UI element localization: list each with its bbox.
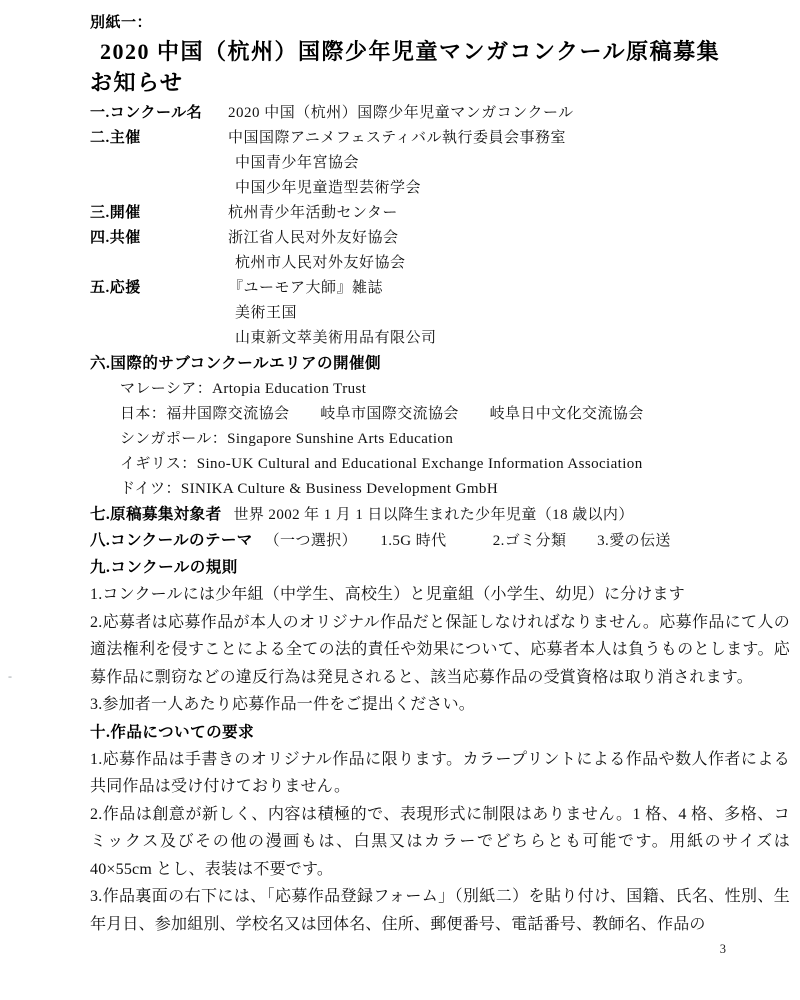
info-value: 山東新文萃美術用品有限公司	[228, 326, 790, 351]
info-value: 杭州市人民对外友好協会	[228, 251, 790, 276]
section6-item-singapore: シンガポール：Singapore Sunshine Arts Education	[90, 427, 790, 452]
info-value: 杭州青少年活動センター	[228, 201, 790, 226]
section8-label: 八.コンクールのテーマ	[90, 532, 253, 549]
section7-row: 七.原稿募集対象者世界 2002 年 1 月 1 日以降生まれた少年児童（18 …	[90, 502, 790, 528]
info-row-venue: 三.開催 杭州青少年活動センター	[90, 201, 790, 226]
info-label: 四.共催	[90, 226, 228, 276]
info-label: 二.主催	[90, 126, 228, 201]
info-row-supporter: 五.応援 『ユーモア大師』雑誌 美術王国 山東新文萃美術用品有限公司	[90, 276, 790, 351]
section10-req-3: 3.作品裏面の右下には、「応募作品登録フォーム」（別紙二）を貼り付け、国籍、氏名…	[90, 883, 790, 938]
document-content: 別紙一： 2020 中国（杭州）国際少年児童マンガコンクール原稿募集 お知らせ …	[0, 0, 800, 958]
section9-rule-1: 1.コンクールには少年組（中学生、高校生）と児童組（小学生、幼児）に分けます	[90, 581, 790, 609]
page-title: 2020 中国（杭州）国際少年児童マンガコンクール原稿募集 お知らせ	[90, 36, 790, 98]
section8-text: （一つ選択） 1.5G 時代 2.ゴミ分類 3.愛の伝送	[265, 533, 671, 549]
info-row-organizer: 二.主催 中国国際アニメフェスティバル執行委員会事務室 中国青少年宮協会 中国少…	[90, 126, 790, 201]
section6-heading: 六.国際的サブコンクールエリアの開催側	[90, 351, 790, 377]
margin-mark: -	[8, 670, 12, 682]
section7-text: 世界 2002 年 1 月 1 日以降生まれた少年児童（18 歳以内）	[233, 507, 633, 523]
document-page: - 別紙一： 2020 中国（杭州）国際少年児童マンガコンクール原稿募集 お知ら…	[0, 0, 800, 1000]
info-value: 中国青少年宮協会	[228, 151, 790, 176]
page-title-line2: お知らせ	[90, 67, 790, 98]
section6-item-malaysia: マレーシア：Artopia Education Trust	[90, 377, 790, 402]
section9-rule-3: 3.参加者一人あたり応募作品一件をご提出ください。	[90, 691, 790, 719]
info-value: 中国少年児童造型芸術学会	[228, 176, 790, 201]
page-number: 3	[90, 940, 790, 958]
info-value: 浙江省人民对外友好協会	[228, 226, 790, 251]
info-label: 一.コンクール名	[90, 101, 228, 126]
section6-item-germany: ドイツ：SINIKA Culture & Business Developmen…	[90, 477, 790, 502]
info-row-co-organizer: 四.共催 浙江省人民对外友好協会 杭州市人民对外友好協会	[90, 226, 790, 276]
page-title-line1: 2020 中国（杭州）国際少年児童マンガコンクール原稿募集	[90, 36, 790, 67]
info-value: 中国国際アニメフェスティバル執行委員会事務室	[228, 126, 790, 151]
info-value: 2020 中国（杭州）国際少年児童マンガコンクール	[228, 101, 790, 126]
info-label: 三.開催	[90, 201, 228, 226]
info-value: 美術王国	[228, 301, 790, 326]
info-row-contest-name: 一.コンクール名 2020 中国（杭州）国際少年児童マンガコンクール	[90, 101, 790, 126]
section9-rule-2: 2.応募者は応募作品が本人のオリジナル作品だと保証しなければなりません。応募作品…	[90, 609, 790, 692]
section7-label: 七.原稿募集対象者	[90, 506, 221, 523]
section9-heading: 九.コンクールの規則	[90, 554, 790, 581]
info-value: 『ユーモア大師』雑誌	[228, 276, 790, 301]
section10-heading: 十.作品についての要求	[90, 719, 790, 746]
attachment-label: 別紙一：	[90, 12, 790, 34]
section6-item-japan: 日本：福井国際交流協会 岐阜市国際交流協会 岐阜日中文化交流協会	[90, 402, 790, 427]
section6-item-uk: イギリス：Sino-UK Cultural and Educational Ex…	[90, 452, 790, 477]
section10-req-1: 1.応募作品は手書きのオリジナル作品に限ります。カラープリントによる作品や数人作…	[90, 746, 790, 801]
section8-row: 八.コンクールのテーマ（一つ選択） 1.5G 時代 2.ゴミ分類 3.愛の伝送	[90, 528, 790, 554]
info-label: 五.応援	[90, 276, 228, 351]
section10-req-2: 2.作品は創意が新しく、内容は積極的で、表現形式に制限はありません。1 格、4 …	[90, 801, 790, 884]
